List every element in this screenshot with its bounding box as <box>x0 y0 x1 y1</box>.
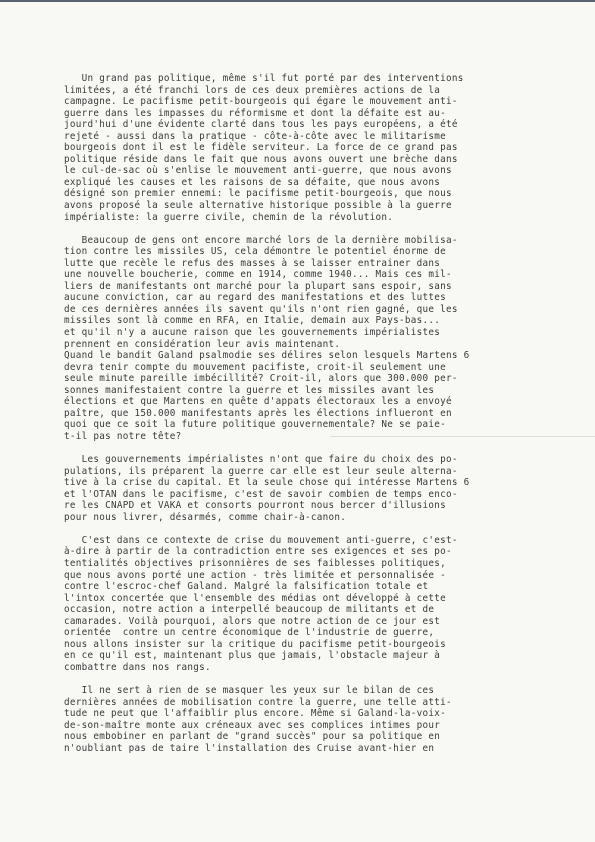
text-line: dernières années de mobilisation contre … <box>64 697 584 709</box>
text-line: seule minute pareille imbécillité? Croit… <box>64 373 584 385</box>
text-line: tion contre les missiles US, cela démont… <box>64 246 584 258</box>
text-line: une nouvelle boucherie, comme en 1914, c… <box>64 269 584 281</box>
text-line: le cul-de-sac où s'enlise le mouvement a… <box>64 165 584 177</box>
text-line: de ces dernières années ils savent qu'il… <box>64 304 584 316</box>
paragraph: Un grand pas politique, même s'il fut po… <box>64 73 584 223</box>
paragraph: Les gouvernements impérialistes n'ont qu… <box>64 454 584 523</box>
paragraph: C'est dans ce contexte de crise du mouve… <box>64 535 584 674</box>
text-line: élections et que Martens en quête d'appa… <box>64 396 584 408</box>
text-line: Un grand pas politique, même s'il fut po… <box>64 73 584 85</box>
text-line: limitées, a été franchi lors de ces deux… <box>64 85 584 97</box>
text-line: tive à la crise du capital. Et la seule … <box>64 477 584 489</box>
text-line: que nous avons porté une action - très l… <box>64 570 584 582</box>
text-line: avons proposé la seule alternative histo… <box>64 200 584 212</box>
text-line: de-son-maître monte aux créneaux avec se… <box>64 720 584 732</box>
text-line: guerre dans les impasses du réformisme e… <box>64 108 584 120</box>
text-line: camarades. Voilà pourquoi, alors que not… <box>64 616 584 628</box>
text-line: orientée contre un centre économique de … <box>64 627 584 639</box>
text-line: jourd'hui d'une évidente clarté dans tou… <box>64 119 584 131</box>
text-line: Beaucoup de gens ont encore marché lors … <box>64 235 584 247</box>
text-line: occasion, notre action a interpellé beau… <box>64 604 584 616</box>
text-line: re les CNAPD et VAKA et consorts pourron… <box>64 500 584 512</box>
text-line: pulations, ils préparent la guerre car e… <box>64 466 584 478</box>
text-line: lutte que recèle le refus des masses à s… <box>64 258 584 270</box>
text-line: prennent en considération leur avis main… <box>64 339 584 351</box>
text-line: devra tenir compte du mouvement pacifist… <box>64 362 584 374</box>
text-line: l'intox concertée que l'ensemble des méd… <box>64 593 584 605</box>
scanned-page: Un grand pas politique, même s'il fut po… <box>0 0 595 842</box>
text-line: sonnes manifestaient contre la guerre et… <box>64 385 584 397</box>
paragraph: Il ne sert à rien de se masquer les yeux… <box>64 685 584 754</box>
text-line: nous allons insister sur la critique du … <box>64 639 584 651</box>
text-line: en ce qu'il est, maintenant plus que jam… <box>64 650 584 662</box>
text-line: rejeté - aussi dans la pratique - côte-à… <box>64 131 584 143</box>
text-line: et l'OTAN dans le pacifisme, c'est de sa… <box>64 489 584 501</box>
text-line: Quand le bandit Galand psalmodie ses dél… <box>64 350 584 362</box>
text-line: impérialiste: la guerre civile, chemin d… <box>64 212 584 224</box>
text-line: nous embobiner en parlant de "grand succ… <box>64 731 584 743</box>
text-line: combattre dans nos rangs. <box>64 662 584 674</box>
text-line: pour nous livrer, désarmés, comme chair-… <box>64 512 584 524</box>
text-line: aucune conviction, car au regard des man… <box>64 292 584 304</box>
paragraph: Beaucoup de gens ont encore marché lors … <box>64 235 584 443</box>
text-line: expliqué les causes et les raisons de sa… <box>64 177 584 189</box>
text-line: missiles sont là comme en RFA, en Italie… <box>64 315 584 327</box>
text-line: quoi que ce soit la future politique gou… <box>64 419 584 431</box>
text-line: Les gouvernements impérialistes n'ont qu… <box>64 454 584 466</box>
text-line: tude ne peut que l'affaiblir plus encore… <box>64 708 584 720</box>
text-line: campagne. Le pacifisme petit-bourgeois q… <box>64 96 584 108</box>
text-line: contre l'escroc-chef Galand. Malgré la f… <box>64 581 584 593</box>
text-line: politique réside dans le fait que nous a… <box>64 154 584 166</box>
text-line: et qu'il n'y a aucune raison que les gou… <box>64 327 584 339</box>
text-line: à-dire à partir de la contradiction entr… <box>64 546 584 558</box>
text-line: tentialités objectives prisonnières de s… <box>64 558 584 570</box>
text-line: C'est dans ce contexte de crise du mouve… <box>64 535 584 547</box>
text-line: bourgeois dont il est le fidèle serviteu… <box>64 142 584 154</box>
document-body: Un grand pas politique, même s'il fut po… <box>64 73 584 766</box>
text-line: n'oubliant pas de taire l'installation d… <box>64 743 584 755</box>
text-line: désigné son premier ennemi: le pacifisme… <box>64 188 584 200</box>
text-line: t-il pas notre tête? <box>64 431 584 443</box>
text-line: paître, que 150.000 manifestants après l… <box>64 408 584 420</box>
text-line: liers de manifestants ont marché pour la… <box>64 281 584 293</box>
text-line: Il ne sert à rien de se masquer les yeux… <box>64 685 584 697</box>
